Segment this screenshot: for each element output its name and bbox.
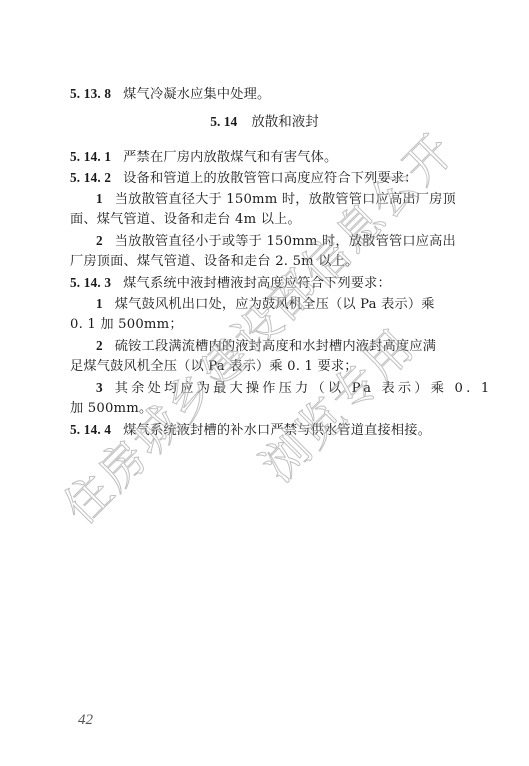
item-number: 2 — [96, 233, 103, 248]
clause-5-14-3-item-2-line-1: 2硫铵工段满流槽内的液封高度和水封槽内液封高度应满 — [70, 336, 496, 357]
item-number: 1 — [96, 296, 103, 311]
clause-5-14-3-item-2-line-2: 足煤气鼓风机全压（以 Pa 表示）乘 0. 1 要求； — [70, 357, 470, 377]
item-text: 煤气鼓风机出口处，应为鼓风机全压（以 Pa 表示）乘 — [115, 297, 435, 312]
item-number: 2 — [96, 338, 103, 353]
item-text: 硫铵工段满流槽内的液封高度和水封槽内液封高度应满 — [115, 339, 436, 354]
section-heading: 5. 14放散和液封 — [0, 112, 529, 132]
clause-5-14-2-item-2-line-2: 厂房顶面、煤气管道、设备和走台 2. 5m 以上。 — [70, 252, 470, 272]
section-title: 放散和液封 — [251, 114, 319, 130]
item-number: 1 — [96, 191, 103, 206]
clause-5-14-3-item-1-line-2: 0. 1 加 500mm； — [70, 315, 470, 335]
section-number: 5. 14 — [210, 114, 237, 129]
clause-text: 严禁在厂房内放散煤气和有害气体。 — [123, 150, 337, 165]
clause-number: 5. 13. 8 — [70, 86, 111, 101]
item-text: 当放散管直径小于或等于 150mm 时，放散管管口应高出 — [115, 234, 456, 249]
clause-5-14-2-item-1-line-1: 1当放散管直径大于 150mm 时，放散管管口应高出厂房顶 — [70, 189, 496, 210]
clause-5-14-3-item-3-line-2: 加 500mm。 — [70, 399, 470, 419]
clause-5-14-2: 5. 14. 2设备和管道上的放散管管口高度应符合下列要求： — [70, 168, 470, 189]
item-text: 其余处均应为最大操作压力（以 Pa 表示）乘 0. 1 — [115, 381, 493, 396]
clause-5-14-3: 5. 14. 3煤气系统中液封槽液封高度应符合下列要求： — [70, 273, 470, 294]
clause-text: 煤气系统液封槽的补水口严禁与供水管道直接相接。 — [123, 423, 431, 438]
clause-5-14-2-item-1-line-2: 面、煤气管道、设备和走台 4m 以上。 — [70, 210, 470, 230]
clause-number: 5. 14. 2 — [70, 170, 111, 185]
clause-5-14-4: 5. 14. 4煤气系统液封槽的补水口严禁与供水管道直接相接。 — [70, 420, 470, 441]
clause-number: 5. 14. 4 — [70, 422, 111, 437]
page-number: 42 — [78, 712, 93, 729]
clause-5-14-2-item-2-line-1: 2当放散管直径小于或等于 150mm 时，放散管管口应高出 — [70, 231, 496, 252]
clause-text: 设备和管道上的放散管管口高度应符合下列要求： — [123, 171, 418, 186]
clause-number: 5. 14. 3 — [70, 275, 111, 290]
clause-text: 煤气系统中液封槽液封高度应符合下列要求： — [123, 276, 391, 291]
clause-5-13-8: 5. 13. 8煤气冷凝水应集中处理。 — [70, 84, 470, 105]
clause-text: 煤气冷凝水应集中处理。 — [123, 87, 270, 102]
clause-5-14-1: 5. 14. 1严禁在厂房内放散煤气和有害气体。 — [70, 147, 470, 168]
clause-5-14-3-item-3-line-1: 3其余处均应为最大操作压力（以 Pa 表示）乘 0. 1 — [70, 378, 496, 399]
clause-5-14-3-item-1-line-1: 1煤气鼓风机出口处，应为鼓风机全压（以 Pa 表示）乘 — [70, 294, 496, 315]
item-text: 当放散管直径大于 150mm 时，放散管管口应高出厂房顶 — [115, 192, 456, 207]
clause-number: 5. 14. 1 — [70, 149, 111, 164]
item-number: 3 — [96, 380, 103, 395]
document-page: 5. 13. 8煤气冷凝水应集中处理。 5. 14放散和液封 5. 14. 1严… — [0, 0, 529, 766]
